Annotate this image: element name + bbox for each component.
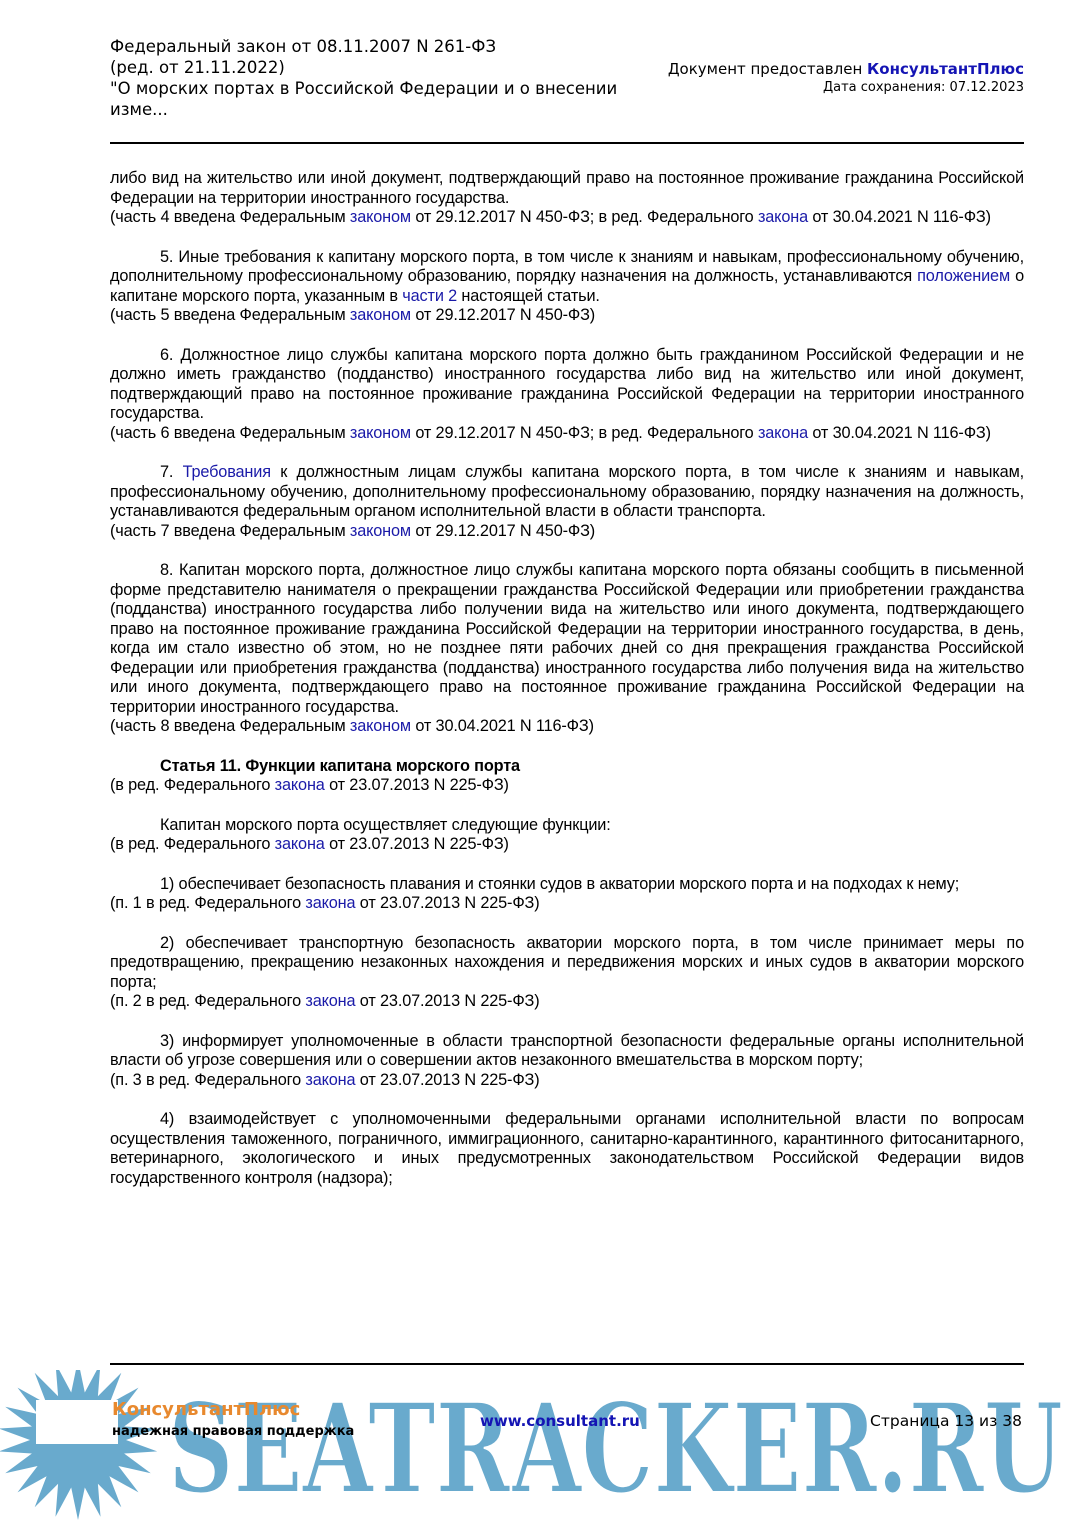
function-3: 3) информирует уполномоченные в области … [110,1032,1024,1071]
article-intro: Капитан морского порта осуществляет след… [110,816,1024,836]
paragraph-7: 7. Требования к должностным лицам службы… [110,463,1024,522]
amendment-note: (часть 8 введена Федеральным законом от … [110,717,1024,737]
saved-date: Дата сохранения: 07.12.2023 [668,79,1024,96]
doc-name-line: "О морских портах в Российской Федерации… [110,78,630,99]
amendment-note: (часть 7 введена Федеральным законом от … [110,522,1024,542]
requirements-link[interactable]: Требования [183,463,271,481]
function-1: 1) обеспечивает безопасность плавания и … [110,875,1024,895]
law-link[interactable]: закона [305,1071,355,1089]
header-divider [110,142,1024,144]
consultant-website-link[interactable]: www.consultant.ru [480,1412,640,1430]
amendment-note: (часть 4 введена Федеральным законом от … [110,208,1024,228]
law-link[interactable]: законом [350,424,411,442]
function-4: 4) взаимодействует с уполномоченными фед… [110,1110,1024,1188]
law-link[interactable]: законом [350,717,411,735]
paragraph-5: 5. Иные требования к капитану морского п… [110,248,1024,307]
law-link[interactable]: закона [305,894,355,912]
amendment-note: (п. 2 в ред. Федерального закона от 23.0… [110,992,1024,1012]
law-link[interactable]: закона [275,835,325,853]
amendment-note: (п. 3 в ред. Федерального закона от 23.0… [110,1071,1024,1091]
provider-block: Документ предоставлен КонсультантПлюс Да… [668,60,1024,96]
law-link[interactable]: закона [758,424,808,442]
doc-revision-line: (ред. от 21.11.2022) [110,57,630,78]
amendment-note: (в ред. Федерального закона от 23.07.201… [110,776,1024,796]
seatracker-watermark: SEATRACKER.RU [0,1370,1080,1527]
document-body: либо вид на жительство или иной документ… [110,169,1024,1188]
provided-prefix: Документ предоставлен [668,60,867,78]
footer-tagline: надежная правовая поддержка [112,1424,354,1440]
page-number: Страница 13 из 38 [870,1412,1022,1430]
regulation-link[interactable]: положением [917,267,1010,285]
part-2-link[interactable]: части 2 [402,287,457,305]
document-title-block: Федеральный закон от 08.11.2007 N 261-ФЗ… [110,36,630,120]
paragraph-4-continuation: либо вид на жительство или иной документ… [110,169,1024,208]
amendment-note: (часть 6 введена Федеральным законом от … [110,424,1024,444]
paragraph-8: 8. Капитан морского порта, должностное л… [110,561,1024,717]
svg-text:SEATRACKER.RU: SEATRACKER.RU [168,1377,1063,1522]
doc-name-truncated: изме... [110,99,630,120]
paragraph-6: 6. Должностное лицо службы капитана морс… [110,346,1024,424]
sun-burst-icon [0,1370,157,1520]
page-footer: SEATRACKER.RU КонсультантПлюс надежная п… [0,1370,1080,1527]
amendment-note: (в ред. Федерального закона от 23.07.201… [110,835,1024,855]
law-link[interactable]: закона [275,776,325,794]
provided-by: Документ предоставлен КонсультантПлюс [668,60,1024,79]
doc-title-line: Федеральный закон от 08.11.2007 N 261-ФЗ [110,36,630,57]
footer-brand: КонсультантПлюс [112,1400,300,1420]
law-link[interactable]: закона [305,992,355,1010]
provider-brand: КонсультантПлюс [867,60,1024,78]
function-2: 2) обеспечивает транспортную безопасност… [110,934,1024,993]
law-link[interactable]: закона [758,208,808,226]
amendment-note: (п. 1 в ред. Федерального закона от 23.0… [110,894,1024,914]
law-link[interactable]: законом [350,306,411,324]
law-link[interactable]: законом [350,208,411,226]
law-link[interactable]: законом [350,522,411,540]
footer-divider [110,1363,1024,1365]
amendment-note: (часть 5 введена Федеральным законом от … [110,306,1024,326]
article-11-heading: Статья 11. Функции капитана морского пор… [110,757,1024,777]
